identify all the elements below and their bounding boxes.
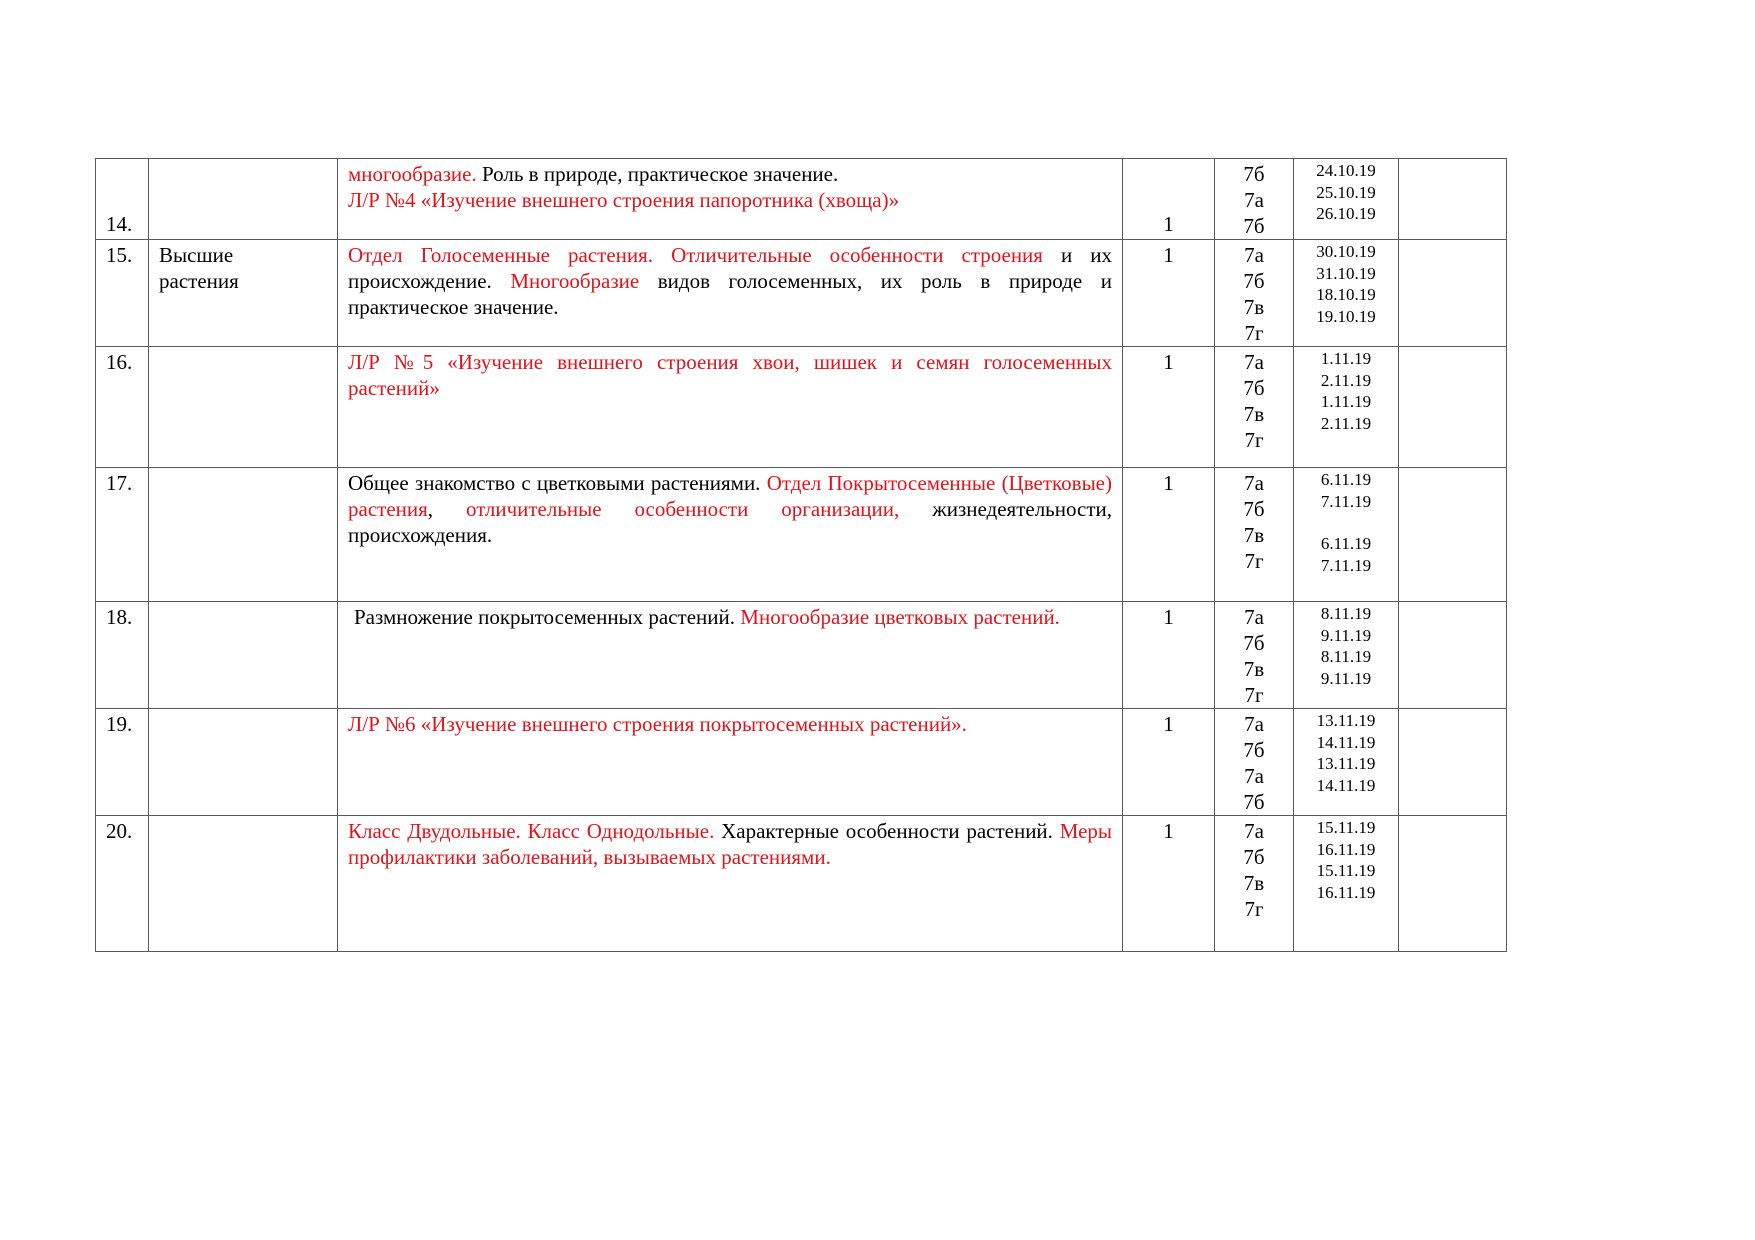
class-label: 7а [1215, 604, 1293, 630]
dates-cell: 30.10.1931.10.1918.10.1919.10.19 [1294, 240, 1399, 347]
topic-cell: многообразие. Роль в природе, практическ… [338, 159, 1123, 240]
class-label: 7б [1215, 844, 1293, 870]
class-list: 7а7б7а7б [1215, 711, 1293, 815]
section-title: Высшиерастения [159, 242, 337, 294]
hours-value: 1 [1163, 350, 1174, 374]
class-label: 7а [1215, 818, 1293, 844]
topic-text: Отдел Голосеменные растения. Отличительн… [348, 242, 1112, 320]
topic-cell: Л/Р №5 «Изучение внешнего строения хвои,… [338, 347, 1123, 468]
table-row: 18. Размножение покрытосеменных растений… [96, 602, 1507, 709]
lesson-date [1294, 512, 1398, 533]
topic-text: Л/Р №5 «Изучение внешнего строения хвои,… [348, 349, 1112, 401]
table-row: 16. Л/Р №5 «Изучение внешнего строения х… [96, 347, 1507, 468]
class-list: 7а7б7в7г [1215, 242, 1293, 346]
section-cell [149, 468, 338, 602]
lesson-date: 13.11.19 [1294, 710, 1398, 732]
notes-cell [1399, 159, 1507, 240]
date-list: 24.10.1925.10.1926.10.19 [1294, 160, 1398, 225]
dates-cell: 24.10.1925.10.1926.10.19 [1294, 159, 1399, 240]
class-label: 7б [1215, 161, 1293, 187]
lesson-date: 15.11.19 [1294, 860, 1398, 882]
class-label: 7г [1215, 548, 1293, 574]
dates-cell: 6.11.197.11.196.11.197.11.19 [1294, 468, 1399, 602]
class-label: 7а [1215, 187, 1293, 213]
topic-cell: Отдел Голосеменные растения. Отличительн… [338, 240, 1123, 347]
classes-cell: 7а7б7в7г [1215, 816, 1294, 952]
notes-cell [1399, 709, 1507, 816]
hours-cell: 1 [1123, 240, 1215, 347]
classes-cell: 7а7б7а7б [1215, 709, 1294, 816]
hours-cell: 1 [1123, 468, 1215, 602]
hours-cell: 1 [1123, 816, 1215, 952]
lesson-number-cell: 20. [96, 816, 149, 952]
notes-cell [1399, 816, 1507, 952]
hours-cell: 1 [1123, 347, 1215, 468]
hours-value: 1 [1163, 819, 1174, 843]
lesson-date: 16.11.19 [1294, 882, 1398, 904]
lesson-date: 26.10.19 [1294, 203, 1398, 225]
class-label: 7в [1215, 294, 1293, 320]
classes-cell: 7а7б7в7г [1215, 240, 1294, 347]
lesson-date: 14.11.19 [1294, 732, 1398, 754]
date-list: 15.11.1916.11.1915.11.1916.11.19 [1294, 817, 1398, 903]
classes-cell: 7а7б7в7г [1215, 602, 1294, 709]
classes-cell: 7а7б7в7г [1215, 347, 1294, 468]
dates-cell: 13.11.1914.11.1913.11.1914.11.19 [1294, 709, 1399, 816]
section-cell [149, 347, 338, 468]
date-list: 1.11.192.11.191.11.192.11.19 [1294, 348, 1398, 434]
topic-cell: Л/Р №6 «Изучение внешнего строения покры… [338, 709, 1123, 816]
hours-value: 1 [1163, 243, 1174, 267]
class-list: 7б7а7б [1215, 161, 1293, 239]
notes-cell [1399, 468, 1507, 602]
hours-value: 1 [1163, 471, 1174, 495]
section-cell [149, 602, 338, 709]
lesson-date: 30.10.19 [1294, 241, 1398, 263]
class-label: 7в [1215, 401, 1293, 427]
lesson-date: 8.11.19 [1294, 603, 1398, 625]
lesson-number: 17. [106, 471, 132, 495]
notes-cell [1399, 602, 1507, 709]
class-label: 7а [1215, 470, 1293, 496]
class-label: 7б [1215, 789, 1293, 815]
class-label: 7б [1215, 268, 1293, 294]
hours-cell: 1 [1123, 159, 1215, 240]
section-cell [149, 709, 338, 816]
class-label: 7г [1215, 427, 1293, 453]
lesson-date: 14.11.19 [1294, 775, 1398, 797]
lesson-number-cell: 15. [96, 240, 149, 347]
table-row: 17. Общее знакомство с цветковыми растен… [96, 468, 1507, 602]
lesson-number: 14. [106, 211, 132, 237]
topic-text: Общее знакомство с цветковыми растениями… [348, 470, 1112, 548]
notes-cell [1399, 240, 1507, 347]
lesson-number-cell: 18. [96, 602, 149, 709]
lesson-date: 15.11.19 [1294, 817, 1398, 839]
class-label: 7в [1215, 656, 1293, 682]
topic-cell: Общее знакомство с цветковыми растениями… [338, 468, 1123, 602]
dates-cell: 8.11.199.11.198.11.199.11.19 [1294, 602, 1399, 709]
notes-cell [1399, 347, 1507, 468]
lesson-date: 2.11.19 [1294, 413, 1398, 435]
lesson-number: 16. [106, 350, 132, 374]
lesson-date: 6.11.19 [1294, 533, 1398, 555]
class-label: 7а [1215, 242, 1293, 268]
topic-text: многообразие. Роль в природе, практическ… [348, 161, 1112, 213]
lesson-number: 18. [106, 605, 132, 629]
topic-cell: Класс Двудольные. Класс Однодольные. Хар… [338, 816, 1123, 952]
table-row: 15. Высшиерастения Отдел Голосеменные ра… [96, 240, 1507, 347]
topic-text: Класс Двудольные. Класс Однодольные. Хар… [348, 818, 1112, 870]
lesson-number: 20. [106, 819, 132, 843]
class-label: 7б [1215, 213, 1293, 239]
lesson-date: 8.11.19 [1294, 646, 1398, 668]
lesson-plan-table: 14. многообразие. Роль в природе, практи… [95, 158, 1507, 952]
class-label: 7в [1215, 522, 1293, 548]
section-cell [149, 816, 338, 952]
hours-cell: 1 [1123, 602, 1215, 709]
lesson-number-cell: 17. [96, 468, 149, 602]
topic-cell: Размножение покрытосеменных растений. Мн… [338, 602, 1123, 709]
lesson-number-cell: 14. [96, 159, 149, 240]
class-label: 7в [1215, 870, 1293, 896]
date-list: 30.10.1931.10.1918.10.1919.10.19 [1294, 241, 1398, 327]
topic-text: Размножение покрытосеменных растений. Мн… [348, 604, 1112, 630]
dates-cell: 15.11.1916.11.1915.11.1916.11.19 [1294, 816, 1399, 952]
class-label: 7а [1215, 349, 1293, 375]
lesson-date: 1.11.19 [1294, 348, 1398, 370]
class-label: 7б [1215, 375, 1293, 401]
lesson-number: 19. [106, 712, 132, 736]
lesson-date: 24.10.19 [1294, 160, 1398, 182]
dates-cell: 1.11.192.11.191.11.192.11.19 [1294, 347, 1399, 468]
hours-value: 1 [1163, 712, 1174, 736]
table-row: 20. Класс Двудольные. Класс Однодольные.… [96, 816, 1507, 952]
lesson-date: 16.11.19 [1294, 839, 1398, 861]
hours-value: 1 [1163, 605, 1174, 629]
hours-cell: 1 [1123, 709, 1215, 816]
class-list: 7а7б7в7г [1215, 349, 1293, 453]
lesson-number-cell: 16. [96, 347, 149, 468]
class-label: 7б [1215, 496, 1293, 522]
hours-value: 1 [1123, 211, 1214, 237]
table-body: 14. многообразие. Роль в природе, практи… [96, 159, 1507, 952]
lesson-date: 2.11.19 [1294, 370, 1398, 392]
section-cell: Высшиерастения [149, 240, 338, 347]
class-list: 7а7б7в7г [1215, 818, 1293, 922]
date-list: 6.11.197.11.196.11.197.11.19 [1294, 469, 1398, 576]
lesson-date: 25.10.19 [1294, 182, 1398, 204]
classes-cell: 7б7а7б [1215, 159, 1294, 240]
section-cell [149, 159, 338, 240]
lesson-date: 31.10.19 [1294, 263, 1398, 285]
class-label: 7б [1215, 630, 1293, 656]
lesson-date: 7.11.19 [1294, 491, 1398, 513]
lesson-date: 1.11.19 [1294, 391, 1398, 413]
class-label: 7а [1215, 711, 1293, 737]
lesson-date: 9.11.19 [1294, 625, 1398, 647]
class-label: 7г [1215, 682, 1293, 708]
class-label: 7б [1215, 737, 1293, 763]
table-row: 19. Л/Р №6 «Изучение внешнего строения п… [96, 709, 1507, 816]
class-label: 7г [1215, 320, 1293, 346]
lesson-date: 19.10.19 [1294, 306, 1398, 328]
lesson-date: 9.11.19 [1294, 668, 1398, 690]
lesson-date: 7.11.19 [1294, 555, 1398, 577]
class-list: 7а7б7в7г [1215, 470, 1293, 574]
lesson-number-cell: 19. [96, 709, 149, 816]
table-row: 14. многообразие. Роль в природе, практи… [96, 159, 1507, 240]
lesson-date: 13.11.19 [1294, 753, 1398, 775]
class-label: 7г [1215, 896, 1293, 922]
classes-cell: 7а7б7в7г [1215, 468, 1294, 602]
class-label: 7а [1215, 763, 1293, 789]
lesson-date: 18.10.19 [1294, 284, 1398, 306]
lesson-date: 6.11.19 [1294, 469, 1398, 491]
topic-text: Л/Р №6 «Изучение внешнего строения покры… [348, 711, 1112, 737]
date-list: 13.11.1914.11.1913.11.1914.11.19 [1294, 710, 1398, 796]
class-list: 7а7б7в7г [1215, 604, 1293, 708]
date-list: 8.11.199.11.198.11.199.11.19 [1294, 603, 1398, 689]
lesson-number: 15. [106, 243, 132, 267]
